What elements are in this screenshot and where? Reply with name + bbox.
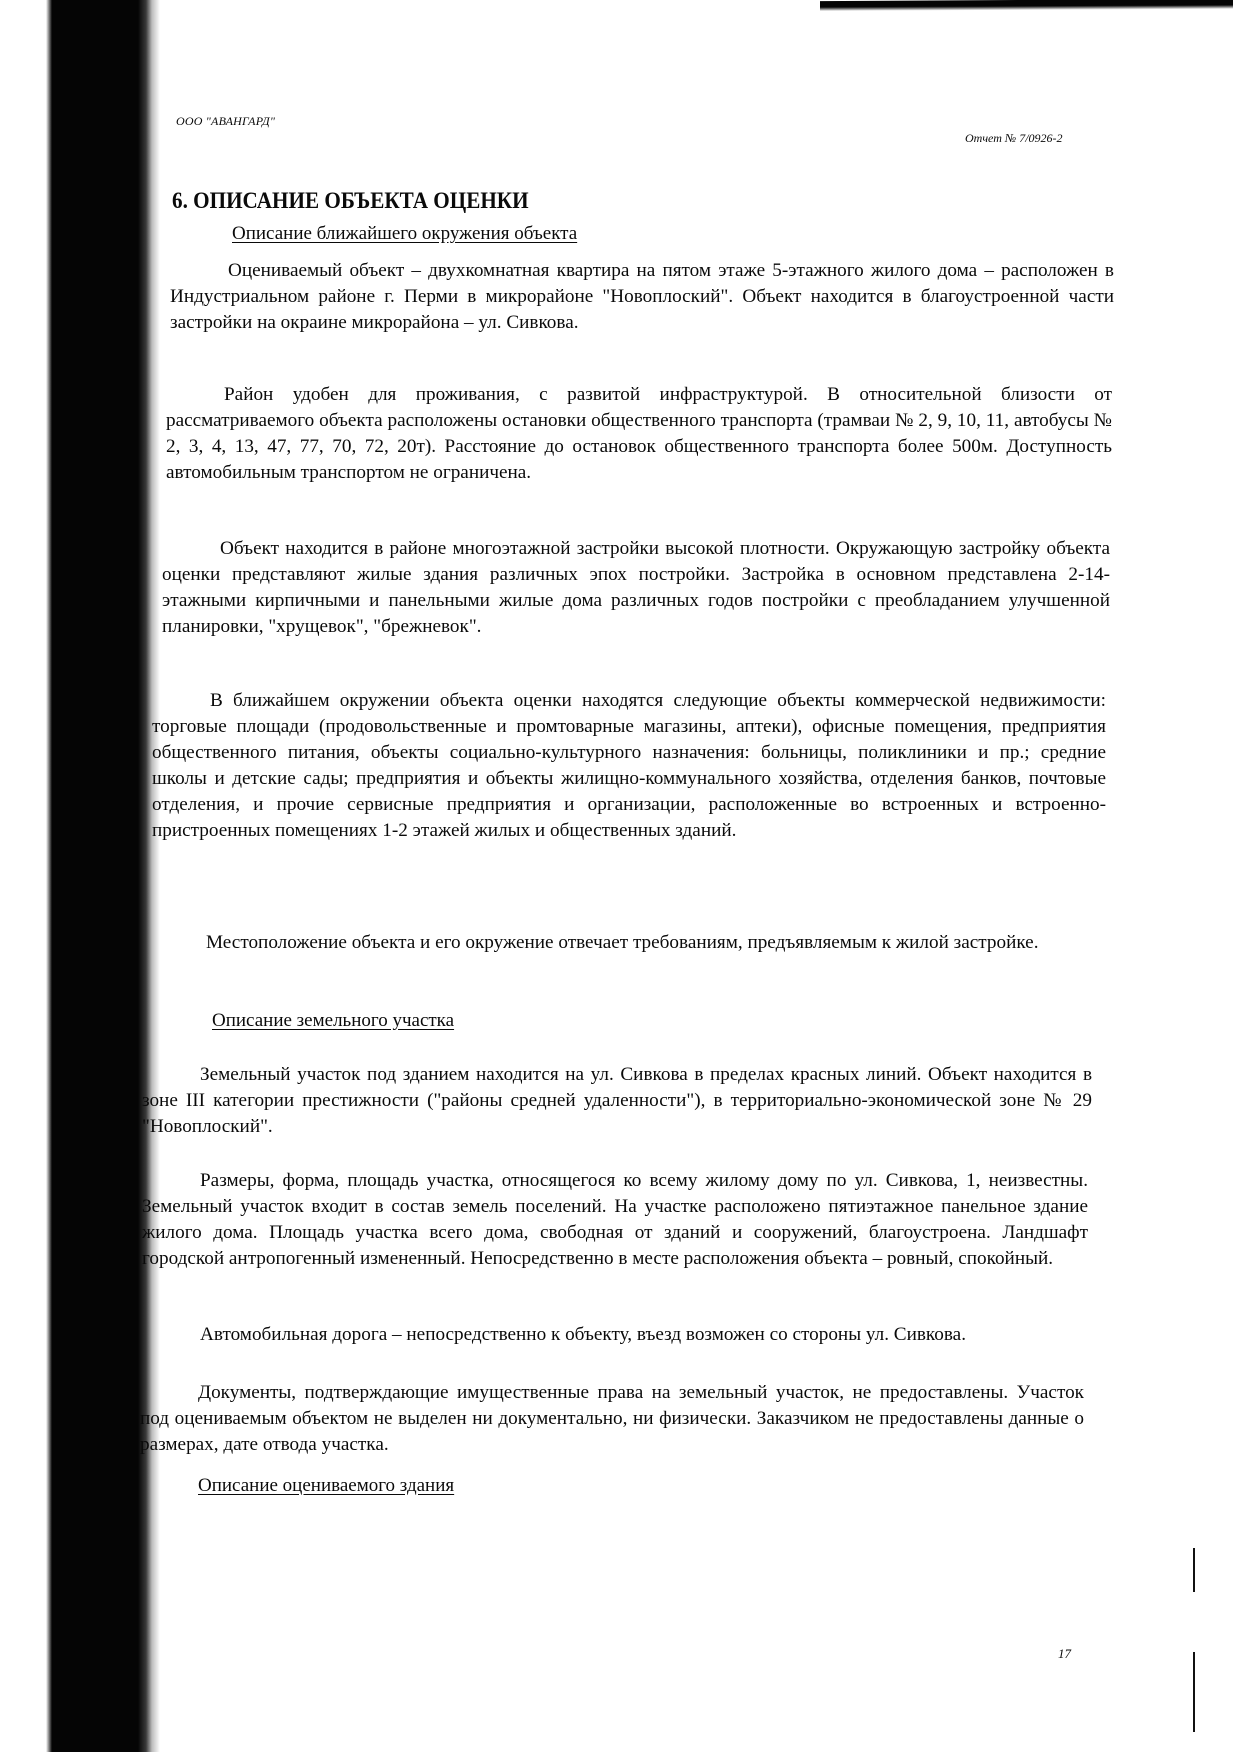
paragraph: Автомобильная дорога – непосредственно к… — [142, 1322, 1086, 1348]
report-number: Отчет № 7/0926-2 — [965, 131, 1063, 146]
paragraph: Объект находится в районе многоэтажной з… — [162, 536, 1110, 640]
paragraph: Местоположение объекта и его окружение о… — [148, 930, 1102, 956]
paragraph: Оцениваемый объект – двухкомнатная кварт… — [170, 258, 1114, 336]
company-name: ООО "АВАНГАРД" — [176, 114, 275, 129]
paragraph: В ближайшем окружении объекта оценки нах… — [152, 688, 1106, 844]
subsection-heading-building: Описание оцениваемого здания — [198, 1475, 454, 1497]
scan-shadow-left — [0, 0, 160, 1752]
subsection-heading-surroundings: Описание ближайшего окружения объекта — [232, 223, 577, 245]
scan-mark — [1193, 1652, 1195, 1732]
paragraph: Размеры, форма, площадь участка, относящ… — [142, 1168, 1088, 1272]
scan-shadow-top — [820, 0, 1233, 11]
subsection-heading-land-plot: Описание земельного участка — [212, 1010, 454, 1032]
paragraph: Район удобен для проживания, с развитой … — [166, 382, 1112, 486]
paragraph: Земельный участок под зданием находится … — [142, 1062, 1092, 1140]
page-number: 17 — [1058, 1646, 1071, 1662]
section-title: 6. ОПИСАНИЕ ОБЪЕКТА ОЦЕНКИ — [172, 188, 529, 214]
paragraph: Документы, подтверждающие имущественные … — [140, 1380, 1084, 1458]
scan-mark — [1193, 1548, 1195, 1592]
